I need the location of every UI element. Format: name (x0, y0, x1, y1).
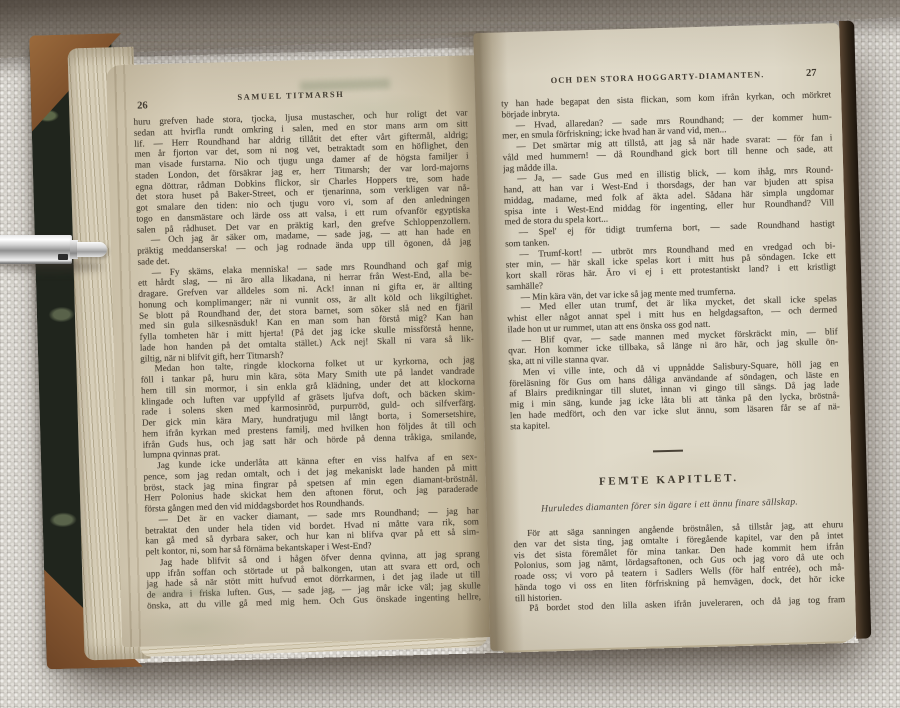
pen-tip (77, 242, 107, 257)
book-photo: 26 SAMUEL TITMARSH huru grefven hade sto… (0, 0, 900, 708)
silver-pen (0, 232, 112, 272)
chapter-divider (653, 450, 683, 453)
left-page-header-row: 26 SAMUEL TITMARSH (107, 85, 475, 107)
left-page-number: 26 (137, 100, 148, 112)
chapter-heading: FEMTE KAPITLET. (486, 469, 852, 491)
right-page-text-after-chapter: För att säga sanningen angående bröstnål… (513, 519, 845, 614)
chapter-subtitle: Huruledes diamanten förer sin ägare i et… (486, 495, 852, 516)
right-running-header: OCH DEN STORA HOGGARTY-DIAMANTEN. (474, 67, 840, 89)
right-page-text-before-chapter: ty han hade begapat den sista flickan, s… (501, 89, 840, 431)
right-page: OCH DEN STORA HOGGARTY-DIAMANTEN. 27 ty … (473, 23, 856, 651)
left-running-header: SAMUEL TITMARSH (107, 85, 475, 107)
open-book: 26 SAMUEL TITMARSH huru grefven hade sto… (27, 11, 875, 684)
right-page-header-row: OCH DEN STORA HOGGARTY-DIAMANTEN. 27 (474, 67, 840, 89)
pen-clip-notch (58, 254, 68, 260)
right-page-number: 27 (806, 68, 817, 80)
left-page-text: huru grefven hade stora, tjocka, ljusa m… (133, 107, 481, 611)
left-page: 26 SAMUEL TITMARSH huru grefven hade sto… (106, 55, 490, 647)
